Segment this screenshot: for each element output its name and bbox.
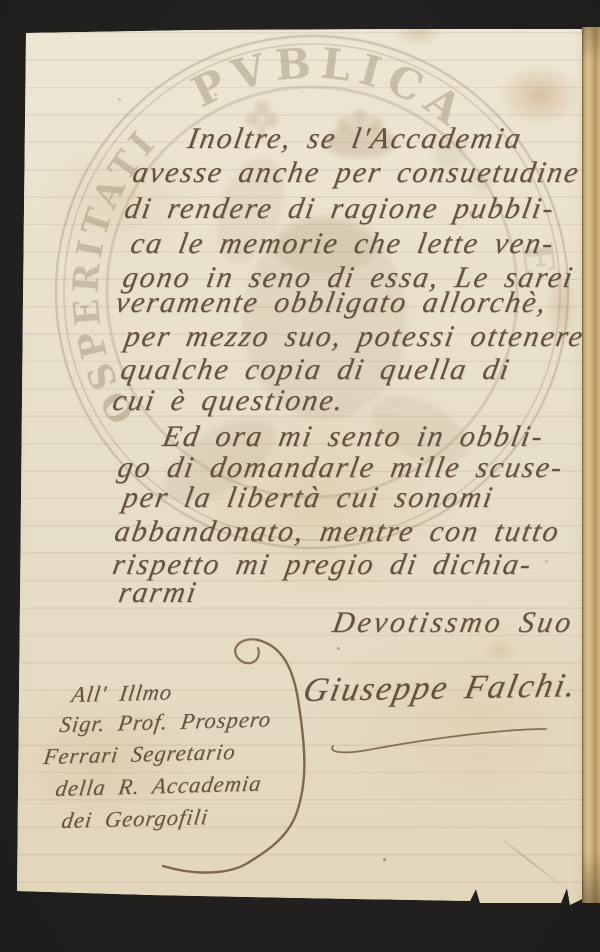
ink-flourishes xyxy=(0,0,600,952)
book-binding-edge xyxy=(582,27,600,903)
signature-flourish xyxy=(332,729,546,752)
address-brace-curl xyxy=(235,639,259,663)
address-brace-flourish xyxy=(163,640,304,873)
letter-paper: OSPERITATI PVBLICA E Ino xyxy=(0,0,600,952)
scanned-letter-page: OSPERITATI PVBLICA E Ino xyxy=(0,0,600,952)
ink-specks xyxy=(383,858,386,861)
